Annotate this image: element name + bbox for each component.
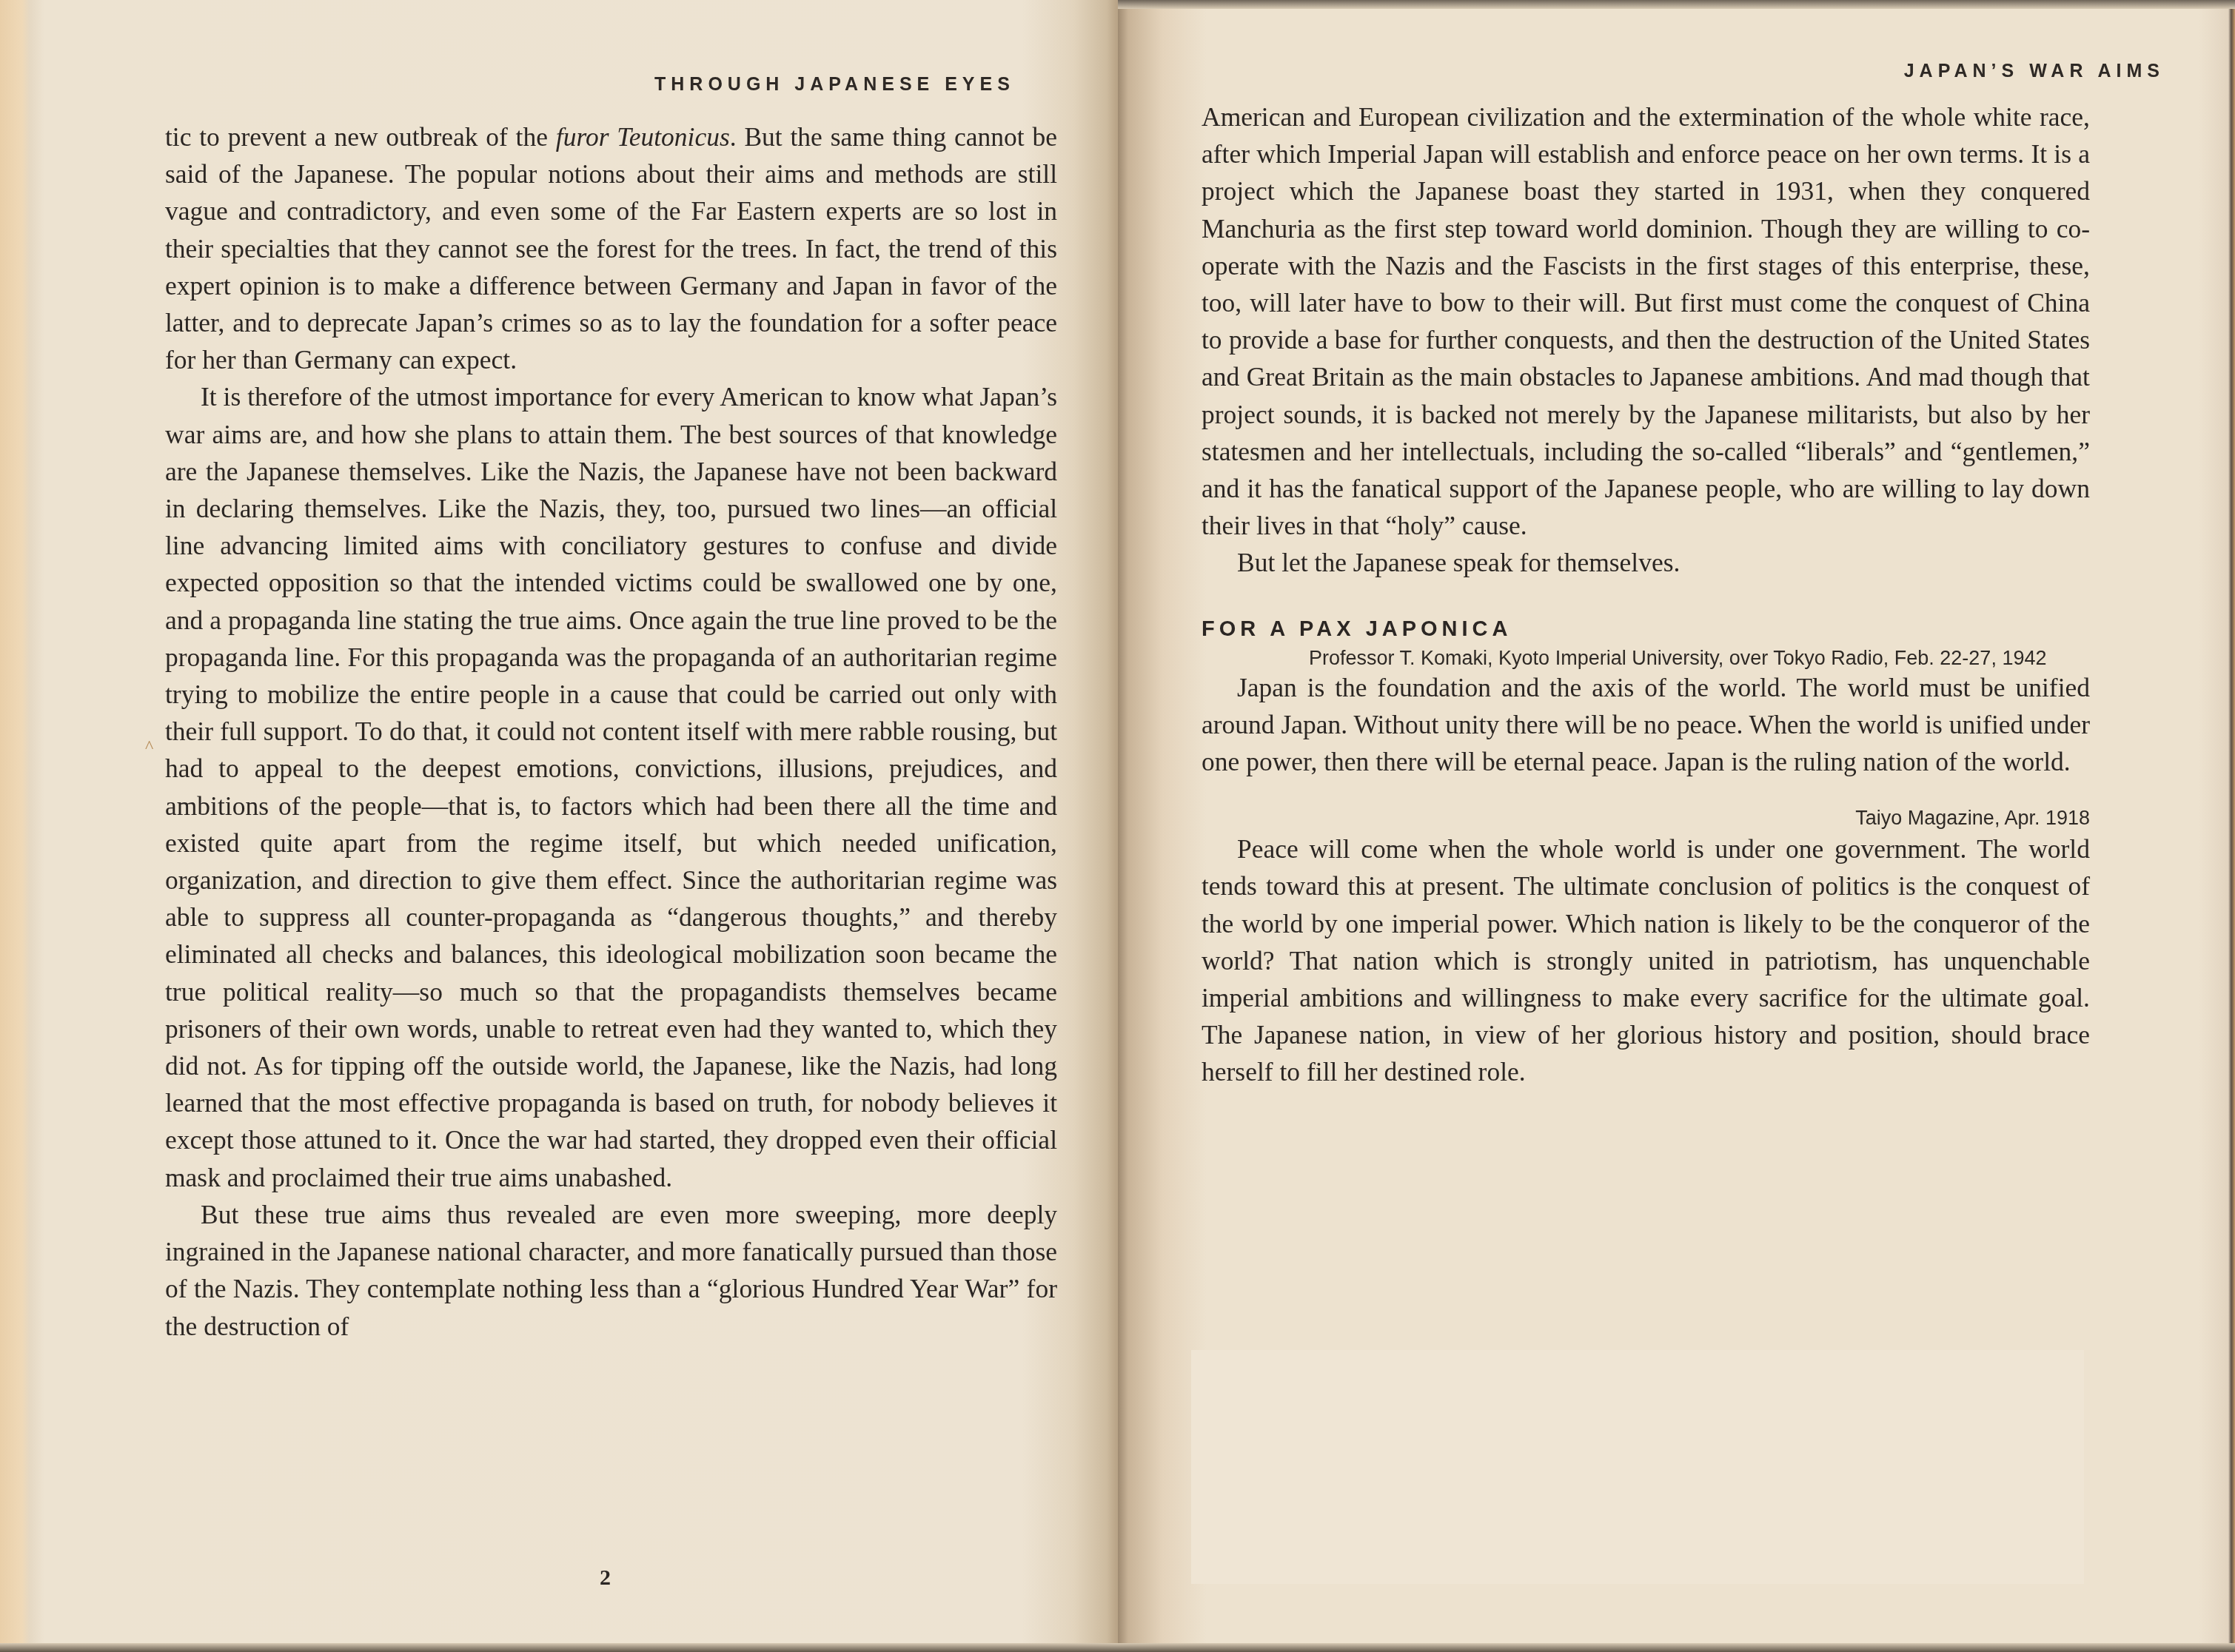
quote-attribution: Professor T. Komaki, Kyoto Imperial Univ… xyxy=(1309,647,2090,669)
left-page: THROUGH JAPANESE EYES ^ tic to prevent a… xyxy=(0,0,1118,1652)
blank-redaction-patch xyxy=(1191,1350,2084,1584)
paragraph-text: tic to prevent a new outbreak of the xyxy=(165,122,556,152)
italic-phrase: furor Teutonicus xyxy=(556,122,730,152)
running-head-left: THROUGH JAPANESE EYES xyxy=(654,74,1015,95)
paragraph: It is therefore of the utmost importance… xyxy=(165,378,1057,1195)
paragraph: American and European civilization and t… xyxy=(1202,98,2090,544)
section-heading: FOR A PAX JAPONICA xyxy=(1202,616,2090,642)
page-number: 2 xyxy=(600,1565,611,1591)
quote-attribution: Taiyo Magazine, Apr. 1918 xyxy=(1202,807,2090,829)
paragraph: tic to prevent a new outbreak of the fur… xyxy=(165,118,1057,378)
paragraph-text: . But the same thing cannot be said of t… xyxy=(165,122,1057,375)
book-spread: THROUGH JAPANESE EYES ^ tic to prevent a… xyxy=(0,0,2235,1652)
running-head-right: JAPAN’S WAR AIMS xyxy=(1904,61,2165,82)
quote-text: Japan is the foundation and the axis of … xyxy=(1202,669,2090,781)
left-page-body: tic to prevent a new outbreak of the fur… xyxy=(165,118,1057,1345)
paragraph: But let the Japanese speak for themselve… xyxy=(1202,544,2090,581)
right-page-body: American and European civilization and t… xyxy=(1202,98,2090,1091)
ink-mark-icon: ^ xyxy=(145,740,161,753)
paragraph: But these true aims thus revealed are ev… xyxy=(165,1196,1057,1345)
quote-text: Peace will come when the whole world is … xyxy=(1202,830,2090,1090)
